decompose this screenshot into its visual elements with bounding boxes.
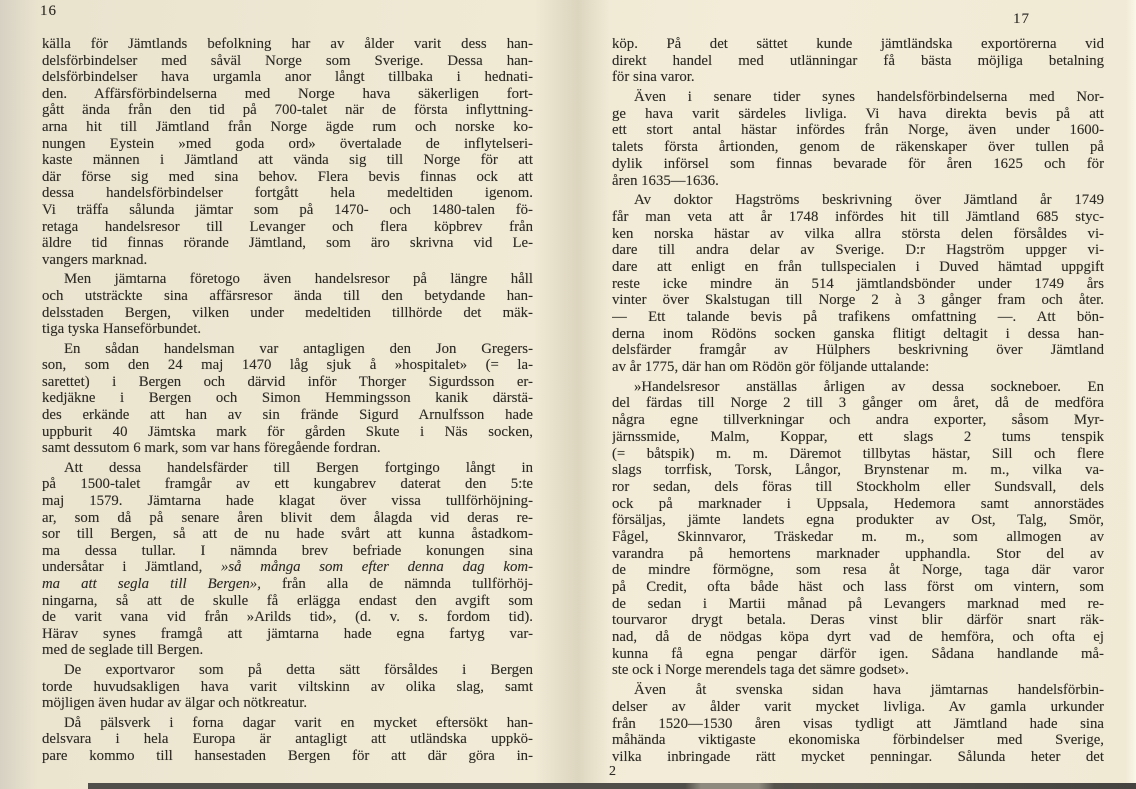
text-line: ock på marknader i Uppsala, Hedemora sam… — [612, 496, 1104, 513]
paragraph: Men jämtarna företogo även handelsresor … — [42, 271, 533, 337]
text-line: ken norska hästar av vilka allra största… — [612, 226, 1104, 243]
text-line: ma dessa tullar. I nämnda brev befriade … — [42, 543, 533, 560]
paragraph: Att dessa handelsfärder till Bergen fort… — [42, 460, 533, 659]
text-line: med de seglade till Bergen. — [42, 642, 533, 659]
text-line: vilka inbringade rätt mycket penningar. … — [612, 749, 1104, 766]
text-line: des erkände att han av sin frände Sigurd… — [42, 407, 533, 424]
paragraph: Även i senare tider synes handelsförbind… — [612, 89, 1104, 189]
text-line: delsstaden Bergen, vilken under medeltid… — [42, 305, 533, 322]
signature-mark: 2 — [609, 764, 616, 780]
text-line: för sina varor. — [612, 69, 1104, 86]
text-line: Fågel, Skinnvaror, Träskedar m. m., som … — [612, 529, 1104, 546]
text-line: vangers marknad. — [42, 252, 533, 269]
text-line: undersåtar i Jämtland, »så många som eft… — [42, 559, 533, 576]
text-line: tourvaror drygt betala. Deras vinst blir… — [612, 612, 1104, 629]
text-line: källa för Jämtlands befolkning har av ål… — [42, 36, 533, 53]
text-line: delsvara i hela Europa är antagligt att … — [42, 731, 533, 748]
text-line: där förse sig med sina behov. Flera bevi… — [42, 169, 533, 186]
text-line: del färdas till Norge 2 till 3 gånger om… — [612, 395, 1104, 412]
text-line: åren 1635—1636. — [612, 173, 1104, 190]
paragraph: En sådan handelsman var antagligen den J… — [42, 341, 533, 457]
text-line: sarettet) i Bergen och därvid inför Thor… — [42, 374, 533, 391]
text-line: de varit vana vid från »Arilds tid», (d.… — [42, 609, 533, 626]
text-line: ar, som då på senare åren blivit dem åla… — [42, 510, 533, 527]
text-line: dare att enligt en från tullspecialen i … — [612, 259, 1104, 276]
gutter-shadow — [534, 0, 610, 789]
text-line: Att dessa handelsfärder till Bergen fort… — [42, 460, 533, 477]
text-line: tiga tyska Hanseförbundet. — [42, 321, 533, 338]
text-line: dare till andra delar av Sverige. D:r Ha… — [612, 242, 1104, 259]
text-line: dylik införsel som finnas bevarade för å… — [612, 156, 1104, 173]
paragraph: köp. På det sättet kunde jämtländska exp… — [612, 36, 1104, 86]
text-line: ge hava varit särdeles livliga. Vi hava … — [612, 106, 1104, 123]
text-line: ma att segla till Bergen», från alla de … — [42, 576, 533, 593]
text-line: talets första årtionden, genom de räkens… — [612, 139, 1104, 156]
text-line: Av doktor Hagströms beskrivning över Jäm… — [612, 192, 1104, 209]
text-line: några egne tillverkningar och andra expo… — [612, 412, 1104, 429]
text-line: arna hit till Jämtland från Norge ägde r… — [42, 119, 533, 136]
text-line: Men jämtarna företogo även handelsresor … — [42, 271, 533, 288]
paragraph: Av doktor Hagströms beskrivning över Jäm… — [612, 192, 1104, 376]
right-page-edge — [1126, 0, 1136, 789]
paragraph: »Handelsresor anställas årligen av dessa… — [612, 379, 1104, 679]
text-line: ste ock i Norge merendels taga det sämre… — [612, 662, 1104, 679]
text-line: reste icke mindre än 514 jämtlandsbönder… — [612, 276, 1104, 293]
text-line: ror sedan, dels föras till Stockholm ell… — [612, 479, 1104, 496]
text-line: ett stort antal hästar infördes från Nor… — [612, 122, 1104, 139]
text-line: från 1520—1530 åren visas tydligt att Jä… — [612, 716, 1104, 733]
text-line: på Credit, ofta både häst och lass först… — [612, 579, 1104, 596]
text-line: Vi träffa sålunda jämtar som på 1470- oc… — [42, 202, 533, 219]
text-line: kedjäkne i Bergen och Simon Hemmingsson … — [42, 390, 533, 407]
paragraph: Då pälsverk i forna dagar varit en mycke… — [42, 715, 533, 765]
text-line: nad, då de nödgas köpa dyrt vad de hemfö… — [612, 629, 1104, 646]
text-line: Härav synes framgå att jämtarna hade egn… — [42, 626, 533, 643]
text-line: delser av ålder varit mycket livliga. Av… — [612, 699, 1104, 716]
text-line: de sedan i Martii månad på Levangers mar… — [612, 596, 1104, 613]
paragraph: källa för Jämtlands befolkning har av ål… — [42, 36, 533, 268]
text-line: Även åt svenska sidan hava jämtarnas han… — [612, 682, 1104, 699]
text-line: av år 1775, där han om Rödön gör följand… — [612, 359, 1104, 376]
text-line: samt dessutom 6 mark, som var hans föreg… — [42, 440, 533, 457]
page-number-right: 17 — [1013, 11, 1030, 28]
text-line: uppburit 40 Jämtska mark för gården Skut… — [42, 424, 533, 441]
text-line: ningarna, så att de skulle få erlägga en… — [42, 593, 533, 610]
text-line: direkt handel med utlänningar få bästa m… — [612, 53, 1104, 70]
text-line: kaste männen i Jämtland att vända sig ti… — [42, 152, 533, 169]
text-line: de mindre förmögne, som resa åt Norge, t… — [612, 562, 1104, 579]
text-line: »Handelsresor anställas årligen av dessa… — [612, 379, 1104, 396]
text-line: delsförbindelser hava urgamla anor långt… — [42, 69, 533, 86]
text-line: De exportvaror som på detta sätt försåld… — [42, 662, 533, 679]
text-line: maj 1579. Jämtarna hade klagat över viss… — [42, 493, 533, 510]
text-line: nungen Eystein »med goda ord» övertalade… — [42, 136, 533, 153]
text-line: försäljas, jämte landets egna produkter … — [612, 512, 1104, 529]
bottom-scan-edge — [88, 783, 1136, 789]
text-line: Då pälsverk i forna dagar varit en mycke… — [42, 715, 533, 732]
paragraph: Även åt svenska sidan hava jämtarnas han… — [612, 682, 1104, 765]
text-line: Även i senare tider synes handelsförbind… — [612, 89, 1104, 106]
text-line: (= båtspik) m. m. Däremot tillbytas häst… — [612, 446, 1104, 463]
text-line: vinter över Skalstugan till Norge 2 à 3 … — [612, 292, 1104, 309]
text-line: retaga handelsresor till Levanger och fl… — [42, 219, 533, 236]
text-line: — Ett talande bevis på trafikens omfattn… — [612, 309, 1104, 326]
text-line: äldre tid finnas rörande Jämtland, som ä… — [42, 235, 533, 252]
paragraph: De exportvaror som på detta sätt försåld… — [42, 662, 533, 712]
text-line: dessa handelsförbindelser fortgått hela … — [42, 185, 533, 202]
text-line: kunna få egna pengar därför igen. Sådana… — [612, 646, 1104, 663]
text-line: sor till Bergen, så att de nu hade svårt… — [42, 526, 533, 543]
text-line: på 1500-talet framgår av ett kungabrev d… — [42, 476, 533, 493]
text-line: pare kommo till hansestaden Bergen för a… — [42, 748, 533, 765]
text-line: gått ända från den tid på 700-talet när … — [42, 102, 533, 119]
text-line: derna inom Rödöns socken ganska flitigt … — [612, 326, 1104, 343]
text-line: måhända viktigaste ekonomiska förbindels… — [612, 732, 1104, 749]
text-line: den. Affärsförbindelserna med Norge hava… — [42, 86, 533, 103]
text-line: får man veta att år 1748 infördes hit ti… — [612, 209, 1104, 226]
text-line: och utsträckte sina affärsresor ända til… — [42, 288, 533, 305]
page-17-text: köp. På det sättet kunde jämtländska exp… — [612, 36, 1104, 766]
text-line: delsförbindelser med såväl Norge som Sve… — [42, 53, 533, 70]
text-line: torde huvudsakligen hava varit viltskinn… — [42, 679, 533, 696]
text-line: En sådan handelsman var antagligen den J… — [42, 341, 533, 358]
text-line: järnssmide, Malm, Koppar, ett slags 2 tu… — [612, 429, 1104, 446]
page-16-text: källa för Jämtlands befolkning har av ål… — [42, 36, 533, 765]
text-line: varandra på hemortens marknader upphandl… — [612, 546, 1104, 563]
text-line: möjligen även hudar av älgar och nötkrea… — [42, 695, 533, 712]
text-line: köp. På det sättet kunde jämtländska exp… — [612, 36, 1104, 53]
text-line: delsfärder framgår av Hülphers beskrivni… — [612, 342, 1104, 359]
text-line: slags torrfisk, Torsk, Långor, Brynstena… — [612, 462, 1104, 479]
book-spread-scan: 16 17 källa för Jämtlands befolkning har… — [0, 0, 1136, 789]
left-scan-edge — [0, 0, 38, 789]
text-line: son, som den 24 maj 1470 låg sjuk å »hos… — [42, 357, 533, 374]
page-number-left: 16 — [40, 3, 57, 20]
